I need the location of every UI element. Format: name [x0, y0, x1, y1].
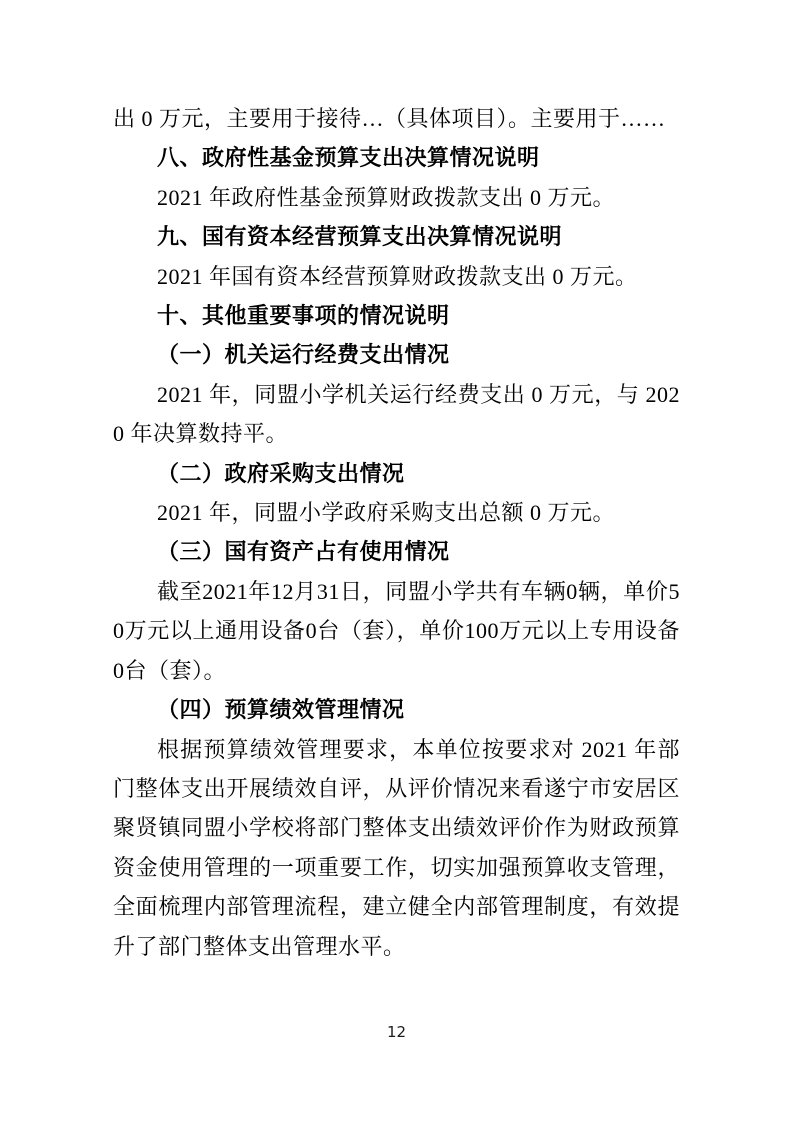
- heading-section-eight-gov-fund-budget: 八、政府性基金预算支出决算情况说明: [113, 138, 680, 177]
- page-number: 12: [0, 1021, 793, 1043]
- paragraph-gov-fund-expenditure: 2021 年政府性基金预算财政拨款支出 0 万元。: [113, 178, 680, 217]
- heading-section-ten-other-important-items: 十、其他重要事项的情况说明: [113, 296, 680, 335]
- paragraph-operating-funds: 2021 年，同盟小学机关运行经费支出 0 万元，与 2020 年决算数持平。: [113, 375, 680, 454]
- paragraph-gov-procurement: 2021 年，同盟小学政府采购支出总额 0 万元。: [113, 493, 680, 532]
- heading-sub-four-budget-performance: （四）预算绩效管理情况: [113, 690, 680, 729]
- document-page: 出 0 万元，主要用于接待…（具体项目）。主要用于…… 八、政府性基金预算支出决…: [0, 0, 793, 1122]
- heading-sub-three-state-assets: （三）国有资产占有使用情况: [113, 532, 680, 571]
- heading-sub-one-operating-funds: （一）机关运行经费支出情况: [113, 335, 680, 374]
- paragraph-budget-performance: 根据预算绩效管理要求，本单位按要求对 2021 年部门整体支出开展绩效自评，从评…: [113, 730, 680, 966]
- paragraph-state-assets: 截至2021年12月31日，同盟小学共有车辆0辆，单价50万元以上通用设备0台（…: [113, 572, 680, 690]
- document-body: 出 0 万元，主要用于接待…（具体项目）。主要用于…… 八、政府性基金预算支出决…: [113, 99, 680, 966]
- paragraph-continued-from-previous-page: 出 0 万元，主要用于接待…（具体项目）。主要用于……: [113, 99, 680, 138]
- paragraph-state-capital-expenditure: 2021 年国有资本经营预算财政拨款支出 0 万元。: [113, 257, 680, 296]
- heading-section-nine-state-capital-budget: 九、国有资本经营预算支出决算情况说明: [113, 217, 680, 256]
- heading-sub-two-gov-procurement: （二）政府采购支出情况: [113, 454, 680, 493]
